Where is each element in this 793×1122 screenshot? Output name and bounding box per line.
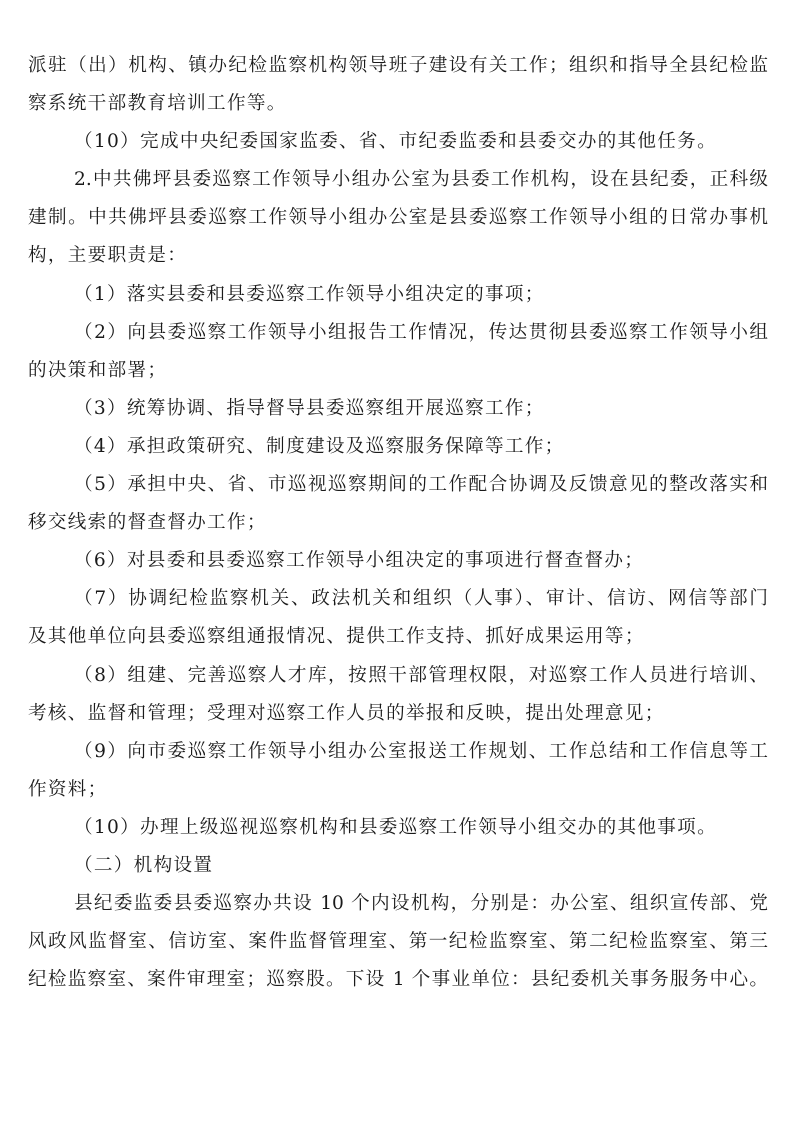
section-heading: （二）机构设置 xyxy=(28,847,768,885)
text-line: 县纪委监委县委巡察办共设 10 个内设机构，分别是：办公室、组织宣传部、党 xyxy=(28,885,768,923)
text-line: （5）承担中央、省、市巡视巡察期间的工作配合协调及反馈意见的整改落实和 xyxy=(28,466,768,504)
text-line: 建制。中共佛坪县委巡察工作领导小组办公室是县委巡察工作领导小组的日常办事机 xyxy=(28,199,768,237)
text-line: （8）组建、完善巡察人才库，按照干部管理权限，对巡察工作人员进行培训、 xyxy=(28,657,768,695)
text-line: 2.中共佛坪县委巡察工作领导小组办公室为县委工作机构，设在县纪委，正科级 xyxy=(28,161,768,199)
text-line: （10）办理上级巡视巡察机构和县委巡察工作领导小组交办的其他事项。 xyxy=(28,809,768,847)
text-line: 察系统干部教育培训工作等。 xyxy=(28,85,768,123)
text-line: 作资料； xyxy=(28,771,768,809)
text-line: （2）向县委巡察工作领导小组报告工作情况，传达贯彻县委巡察工作领导小组 xyxy=(28,314,768,352)
text-line: 纪检监察室、案件审理室；巡察股。下设 1 个事业单位：县纪委机关事务服务中心。 xyxy=(28,961,768,999)
text-line: 构，主要职责是： xyxy=(28,237,768,275)
text-line: 考核、监督和管理；受理对巡察工作人员的举报和反映，提出处理意见； xyxy=(28,695,768,733)
text-line: 及其他单位向县委巡察组通报情况、提供工作支持、抓好成果运用等； xyxy=(28,618,768,656)
text-line: （6）对县委和县委巡察工作领导小组决定的事项进行督查督办； xyxy=(28,542,768,580)
document-page: 派驻（出）机构、镇办纪检监察机构领导班子建设有关工作；组织和指导全县纪检监 察系… xyxy=(28,47,768,999)
text-line: （9）向市委巡察工作领导小组办公室报送工作规划、工作总结和工作信息等工 xyxy=(28,733,768,771)
text-line: （10）完成中央纪委国家监委、省、市纪委监委和县委交办的其他任务。 xyxy=(28,123,768,161)
text-line: 派驻（出）机构、镇办纪检监察机构领导班子建设有关工作；组织和指导全县纪检监 xyxy=(28,47,768,85)
text-line: 风政风监督室、信访室、案件监督管理室、第一纪检监察室、第二纪检监察室、第三 xyxy=(28,923,768,961)
text-line: （3）统筹协调、指导督导县委巡察组开展巡察工作； xyxy=(28,390,768,428)
text-line: （4）承担政策研究、制度建设及巡察服务保障等工作； xyxy=(28,428,768,466)
text-line: 的决策和部署； xyxy=(28,352,768,390)
text-line: 移交线索的督查督办工作； xyxy=(28,504,768,542)
text-line: （7）协调纪检监察机关、政法机关和组织（人事）、审计、信访、网信等部门 xyxy=(28,580,768,618)
text-line: （1）落实县委和县委巡察工作领导小组决定的事项； xyxy=(28,276,768,314)
